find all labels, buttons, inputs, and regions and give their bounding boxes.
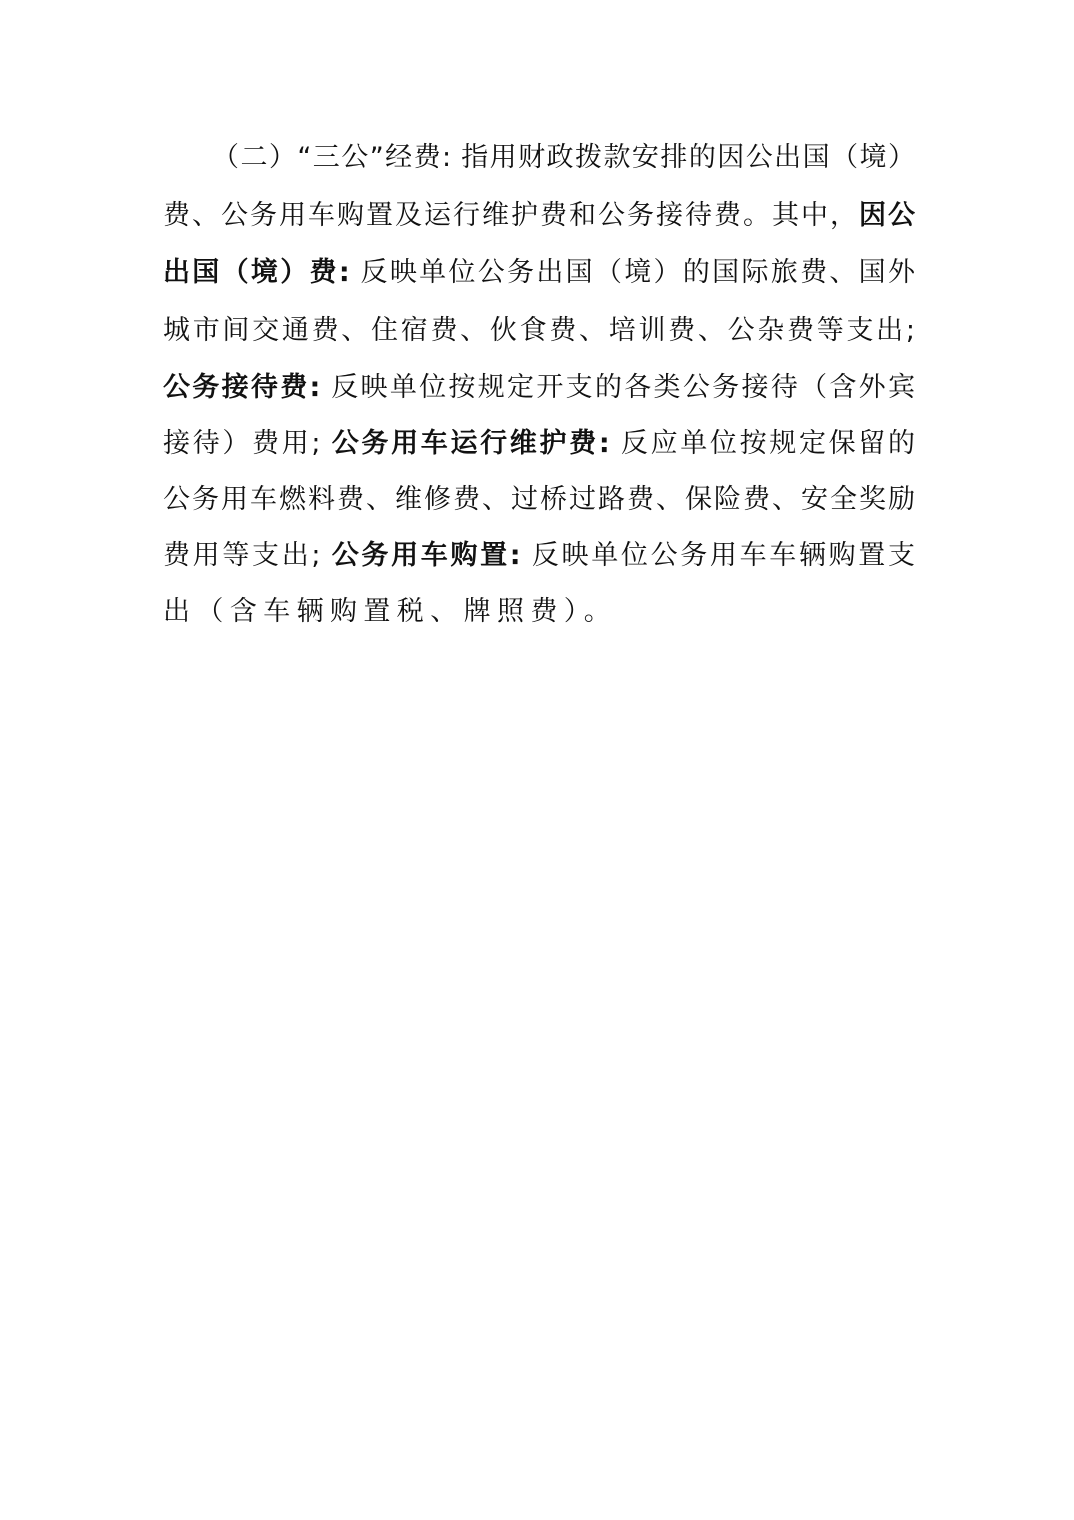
text-segment: 公务用车燃料费、维修费、过桥过路费、保险费、安全奖励: [163, 484, 915, 515]
paragraph-line-7: 公务用车燃料费、维修费、过桥过路费、保险费、安全奖励: [163, 480, 915, 520]
text-segment: 费用等支出;: [163, 540, 332, 571]
paragraph-line-4: 城市间交通费、住宿费、伙食费、培训费、公杂费等支出;: [163, 311, 915, 351]
document-page: （二）“三公”经费: 指用财政拨款安排的因公出国（境） 费、公务用车购置及运行维…: [0, 0, 1074, 1520]
text-segment: 接待）费用;: [163, 428, 332, 459]
text-segment: 反映单位公务用车车辆购置支: [521, 540, 915, 571]
paragraph-line-3: 出国（境）费: 反映单位公务出国（境）的国际旅费、国外: [163, 253, 915, 293]
bold-term-chuguo-fee: 出国（境）费:: [163, 257, 350, 288]
paragraph-line-6: 接待）费用; 公务用车运行维护费: 反应单位按规定保留的: [163, 424, 915, 464]
text-segment: 城市间交通费、住宿费、伙食费、培训费、公杂费等支出;: [163, 315, 915, 346]
paragraph-line-8: 费用等支出; 公务用车购置: 反映单位公务用车车辆购置支: [163, 536, 915, 576]
bold-term-vehicle-purchase: 公务用车购置:: [332, 540, 521, 571]
text-segment: （二）“三公”经费: 指用财政拨款安排的因公出国（境）: [212, 142, 915, 173]
bold-term-yingong: 因公: [859, 200, 915, 231]
text-segment: 反映单位公务出国（境）的国际旅费、国外: [350, 257, 915, 288]
paragraph-line-5: 公务接待费: 反映单位按规定开支的各类公务接待（含外宾: [163, 368, 915, 408]
bold-term-reception-fee: 公务接待费:: [163, 372, 320, 403]
bold-term-vehicle-maintenance-fee: 公务用车运行维护费:: [332, 428, 610, 459]
paragraph-line-9: 出（含车辆购置税、牌照费）。: [163, 592, 915, 632]
text-segment: 出（含车辆购置税、牌照费）。: [163, 596, 617, 627]
paragraph-line-1: （二）“三公”经费: 指用财政拨款安排的因公出国（境）: [212, 138, 915, 178]
text-segment: 反应单位按规定保留的: [610, 428, 915, 459]
text-segment: 费、公务用车购置及运行维护费和公务接待费。其中，: [163, 200, 859, 231]
text-segment: 反映单位按规定开支的各类公务接待（含外宾: [320, 372, 915, 403]
paragraph-line-2: 费、公务用车购置及运行维护费和公务接待费。其中，因公: [163, 196, 915, 236]
